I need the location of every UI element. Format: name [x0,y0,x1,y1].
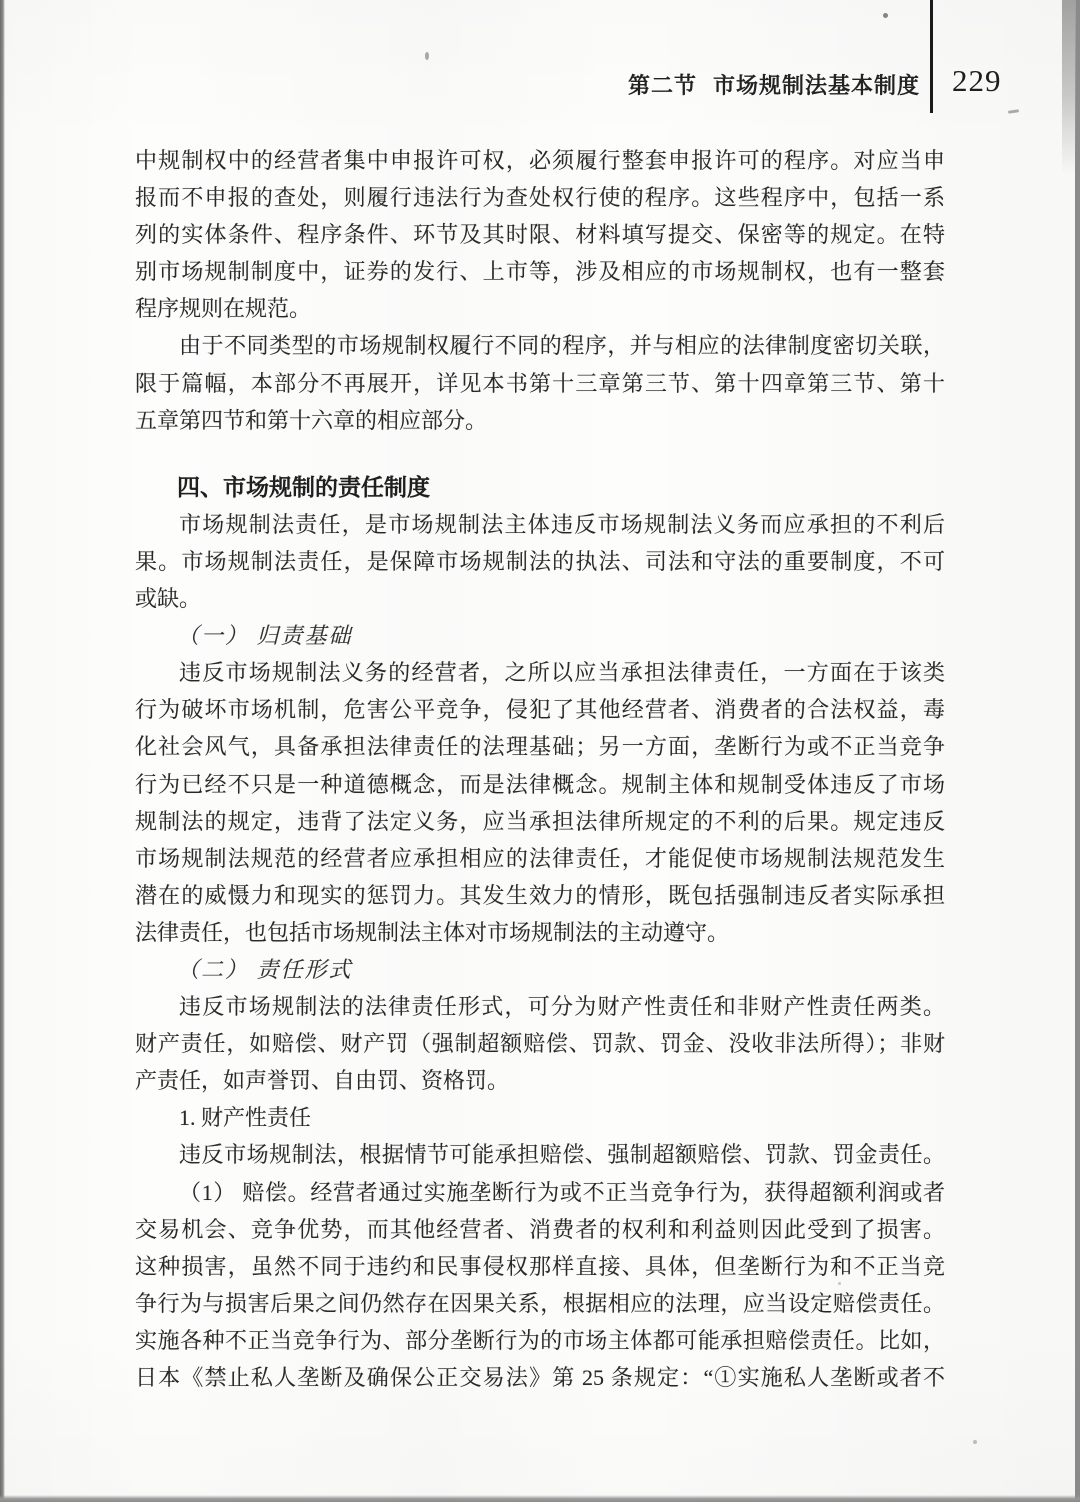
text-line: 实施各种不正当竞争行为、部分垄断行为的市场主体都可能承担赔偿责任。比如， [135,1322,945,1359]
text-line: 四、市场规制的责任制度 [135,469,945,506]
text-line: 违反市场规制法义务的经营者，之所以应当承担法律责任，一方面在于该类 [135,654,945,691]
text-line: （1） 赔偿。经营者通过实施垄断行为或不正当竞争行为，获得超额利润或者 [135,1174,945,1211]
scan-speck [1008,109,1019,114]
numbered-subheading: 1. 财产性责任 [135,1099,945,1136]
text-line: 交易机会、竞争优势，而其他经营者、消费者的权利和利益则因此受到了损害。 [135,1211,945,1248]
text-line: 行为破坏市场机制，危害公平竞争，侵犯了其他经营者、消费者的合法权益，毒 [135,691,945,728]
text-line: 1. 财产性责任 [135,1099,945,1136]
text-line: 化社会风气，具备承担法律责任的法理基础；另一方面，垄断行为或不正当竞争 [135,728,945,765]
paragraph: 由于不同类型的市场规制权履行不同的程序，并与相应的法律制度密切关联，限于篇幅，本… [135,327,945,438]
book-page: 第二节市场规制法基本制度 229 中规制权中的经营者集中申报许可权，必须履行整套… [0,0,1080,1502]
text-line: 法律责任，也包括市场规制法主体对市场规制法的主动遵守。 [135,914,945,951]
text-line: 财产责任，如赔偿、财产罚（强制超额赔偿、罚款、罚金、没收非法所得）；非财 [135,1025,945,1062]
paragraph: 违反市场规制法义务的经营者，之所以应当承担法律责任，一方面在于该类行为破坏市场机… [135,654,945,951]
text-line: 程序规则在规范。 [135,290,945,327]
text-line: 列的实体条件、程序条件、环节及其时限、材料填写提交、保密等的规定。在特 [135,216,945,253]
running-header: 第二节市场规制法基本制度 [628,71,920,101]
kai-subheading: （二） 责任形式 [135,951,945,988]
text-line: 日本《禁止私人垄断及确保公正交易法》第 25 条规定：“①实施私人垄断或者不 [135,1359,945,1396]
heading: 四、市场规制的责任制度 [135,469,945,506]
text-line: 产责任，如声誉罚、自由罚、资格罚。 [135,1062,945,1099]
paragraph: （1） 赔偿。经营者通过实施垄断行为或不正当竞争行为，获得超额利润或者交易机会、… [135,1174,945,1397]
scan-speck [883,13,888,18]
page-edge-right [1075,0,1080,1502]
text-line: （一） 归责基础 [135,617,945,654]
text-line: 市场规制法规范的经营者应承担相应的法律责任，才能促使市场规制法规范发生 [135,840,945,877]
text-line: 规制法的规定，违背了法定义务，应当承担法律所规定的不利的后果。规定违反 [135,803,945,840]
scan-speck [973,1440,977,1444]
paragraph: 市场规制法责任，是市场规制法主体违反市场规制法义务而应承担的不利后果。市场规制法… [135,506,945,617]
kai-subheading: （一） 归责基础 [135,617,945,654]
paragraph: 中规制权中的经营者集中申报许可权，必须履行整套申报许可的程序。对应当申报而不申报… [135,142,945,327]
page-edge-right-top [1062,0,1076,175]
page-body: 中规制权中的经营者集中申报许可权，必须履行整套申报许可的程序。对应当申报而不申报… [135,142,945,1396]
page-number: 229 [952,63,1002,99]
text-line: 由于不同类型的市场规制权履行不同的程序，并与相应的法律制度密切关联， [135,327,945,364]
section-label: 第二节 [628,73,697,98]
paragraph: 违反市场规制法的法律责任形式，可分为财产性责任和非财产性责任两类。财产责任，如赔… [135,988,945,1099]
text-line: 限于篇幅，本部分不再展开，详见本书第十三章第三节、第十四章第三节、第十 [135,365,945,402]
text-line: 报而不申报的查处，则履行违法行为查处权行使的程序。这些程序中，包括一系 [135,179,945,216]
text-line: 行为已经不只是一种道德概念，而是法律概念。规制主体和规制受体违反了市场 [135,766,945,803]
text-line: （二） 责任形式 [135,951,945,988]
text-line: 果。市场规制法责任，是保障市场规制法的执法、司法和守法的重要制度，不可 [135,543,945,580]
text-line: 争行为与损害后果之间仍然存在因果关系，根据相应的法理，应当设定赔偿责任。 [135,1285,945,1322]
text-line: 违反市场规制法，根据情节可能承担赔偿、强制超额赔偿、罚款、罚金责任。 [135,1136,945,1173]
text-line: 或缺。 [135,580,945,617]
text-line: 中规制权中的经营者集中申报许可权，必须履行整套申报许可的程序。对应当申 [135,142,945,179]
page-edge-left [0,0,5,1502]
text-line: 市场规制法责任，是市场规制法主体违反市场规制法义务而应承担的不利后 [135,506,945,543]
text-line: 违反市场规制法的法律责任形式，可分为财产性责任和非财产性责任两类。 [135,988,945,1025]
scan-speck [425,52,429,60]
text-line: 潜在的威慑力和现实的惩罚力。其发生效力的情形，既包括强制违反者实际承担 [135,877,945,914]
text-line: 这种损害，虽然不同于违约和民事侵权那样直接、具体，但垄断行为和不正当竞 [135,1248,945,1285]
page-edge-bottom [0,1495,1080,1502]
text-line: 别市场规制制度中，证券的发行、上市等，涉及相应的市场规制权，也有一整套 [135,253,945,290]
section-title: 市场规制法基本制度 [713,73,920,98]
text-line: 五章第四节和第十六章的相应部分。 [135,402,945,439]
paragraph: 违反市场规制法，根据情节可能承担赔偿、强制超额赔偿、罚款、罚金责任。 [135,1136,945,1173]
header-divider-line [930,0,933,113]
